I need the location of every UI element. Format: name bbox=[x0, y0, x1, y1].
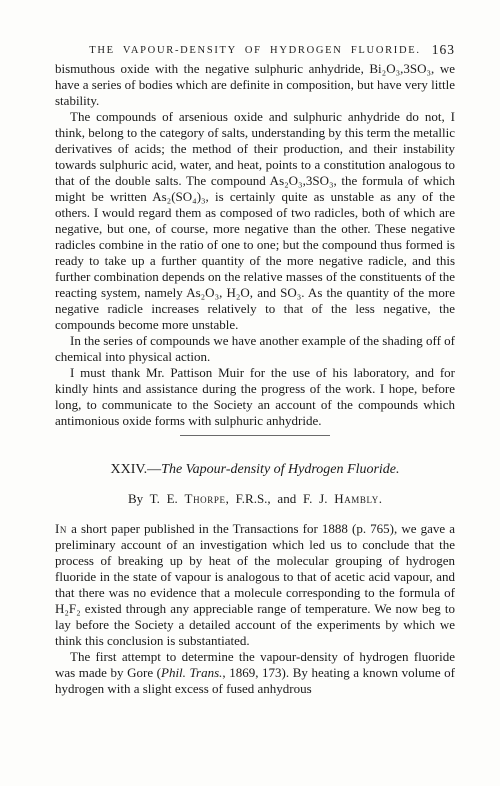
running-head-title: THE VAPOUR-DENSITY OF HYDROGEN FLUORIDE. bbox=[55, 45, 455, 56]
byline: By T. E. Thorpe, F.R.S., and F. J. Hambl… bbox=[55, 491, 455, 507]
running-head: THE VAPOUR-DENSITY OF HYDROGEN FLUORIDE.… bbox=[55, 45, 455, 61]
section-divider-rule bbox=[180, 435, 330, 436]
article-number: XXIV.— bbox=[110, 462, 161, 477]
article-title-text: The Vapour-density of Hydrogen Fluoride. bbox=[161, 462, 399, 477]
paragraph-compounds-arsenious: The compounds of arsenious oxide and sul… bbox=[55, 109, 455, 333]
paragraph-thanks-pattison-muir: I must thank Mr. Pattison Muir for the u… bbox=[55, 365, 455, 429]
byline-middle: , F.R.S., and F. J. bbox=[226, 491, 335, 506]
byline-prefix: By T. E. bbox=[128, 491, 185, 506]
paragraph-bismuthous-oxide: bismuthous oxide with the negative sulph… bbox=[55, 61, 455, 109]
byline-period: . bbox=[379, 491, 382, 506]
author-hambly: Hambly bbox=[334, 491, 379, 506]
citation-phil-trans: Phil. Trans. bbox=[161, 665, 222, 680]
intro-body-text: a short paper published in the Transacti… bbox=[55, 521, 455, 648]
intro-lead-word: In bbox=[55, 521, 67, 536]
article-title: XXIV.—The Vapour-density of Hydrogen Flu… bbox=[55, 461, 455, 479]
paragraph-intro: In a short paper published in the Transa… bbox=[55, 521, 455, 649]
page-body: bismuthous oxide with the negative sulph… bbox=[55, 61, 455, 697]
paragraph-gore: The first attempt to determine the vapou… bbox=[55, 649, 455, 697]
page-number: 163 bbox=[432, 42, 455, 58]
author-thorpe: Thorpe bbox=[185, 491, 226, 506]
scanned-journal-page: THE VAPOUR-DENSITY OF HYDROGEN FLUORIDE.… bbox=[0, 0, 500, 786]
paragraph-series-of-compounds: In the series of compounds we have anoth… bbox=[55, 333, 455, 365]
